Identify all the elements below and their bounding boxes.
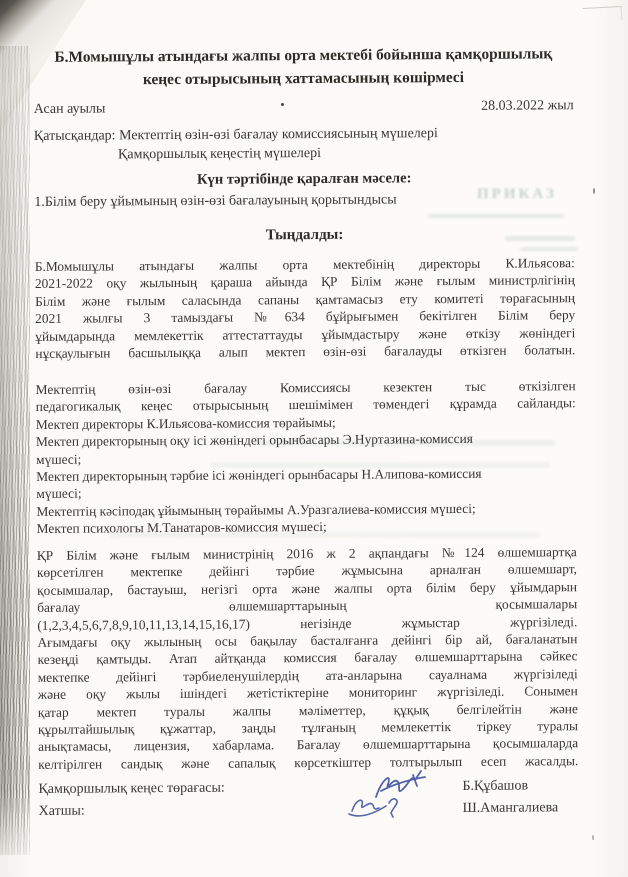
committee-member: Мектеп директорының тәрбие ісі жөніндегі…: [36, 464, 576, 503]
paragraph-commission: Мектептің өзін-өзі бағалау Комиссиясы ке…: [36, 377, 577, 537]
date-label: 28.03.2022 жыл: [481, 97, 574, 115]
place-date-row: Асан ауылы 28.03.2022 жыл: [34, 97, 574, 118]
attendees-label: Қатысқандар:: [34, 128, 116, 144]
chair-label: Қамқоршылық кеңес төрағасы:: [38, 781, 224, 797]
signature-row-chair: Қамқоршылық кеңес төрағасы: Б.Құбашов: [38, 777, 578, 798]
heard-heading: Тыңдалды:: [35, 225, 575, 246]
commission-intro: Мектептің өзін-өзі бағалау Комиссиясы ке…: [36, 377, 576, 416]
attendees-group-1: Мектептің өзін-өзі бағалау комиссиясының…: [119, 126, 438, 143]
scanned-protocol-page: ПРИКАЗ Б.Момышұлы атындағы жалпы орта ме…: [0, 0, 628, 877]
secretary-signature-ink: [346, 790, 404, 822]
document-content: Б.Момышұлы атындағы жалпы орта мектебі б…: [0, 0, 628, 877]
agenda-item: 1.Білім беру ұйымының өзін-өзі бағалауын…: [34, 190, 574, 211]
agenda-heading: Күн тәртібінде қаралған мәселе:: [34, 169, 574, 190]
place-label: Асан ауылы: [34, 100, 106, 118]
attendees-block: Қатысқандар: Мектептің өзін-өзі бағалау …: [34, 123, 574, 165]
attendees-group-2: Қамқоршылық кеңестің мүшелері: [118, 142, 574, 164]
secretary-name: Ш.Амангалиева: [463, 799, 559, 817]
committee-member: Мектеп директорының оқу ісі жөніндегі ор…: [36, 429, 576, 468]
paragraph-director-report: Б.Момышұлы атындағы жалпы орта мектебіні…: [35, 254, 576, 362]
secretary-label: Хатшы:: [39, 804, 85, 819]
paragraph-criteria: ҚР Білім және ғылым министрінің 2016 ж 2…: [37, 543, 579, 773]
committee-member: Мектеп психологы М.Танатаров-комиссия мү…: [37, 516, 577, 537]
document-title: Б.Момышұлы атындағы жалпы орта мектебі б…: [33, 42, 573, 92]
signature-row-secretary: Хатшы: Ш.Амангалиева: [39, 799, 579, 820]
chair-name: Б.Құбашов: [462, 778, 528, 796]
